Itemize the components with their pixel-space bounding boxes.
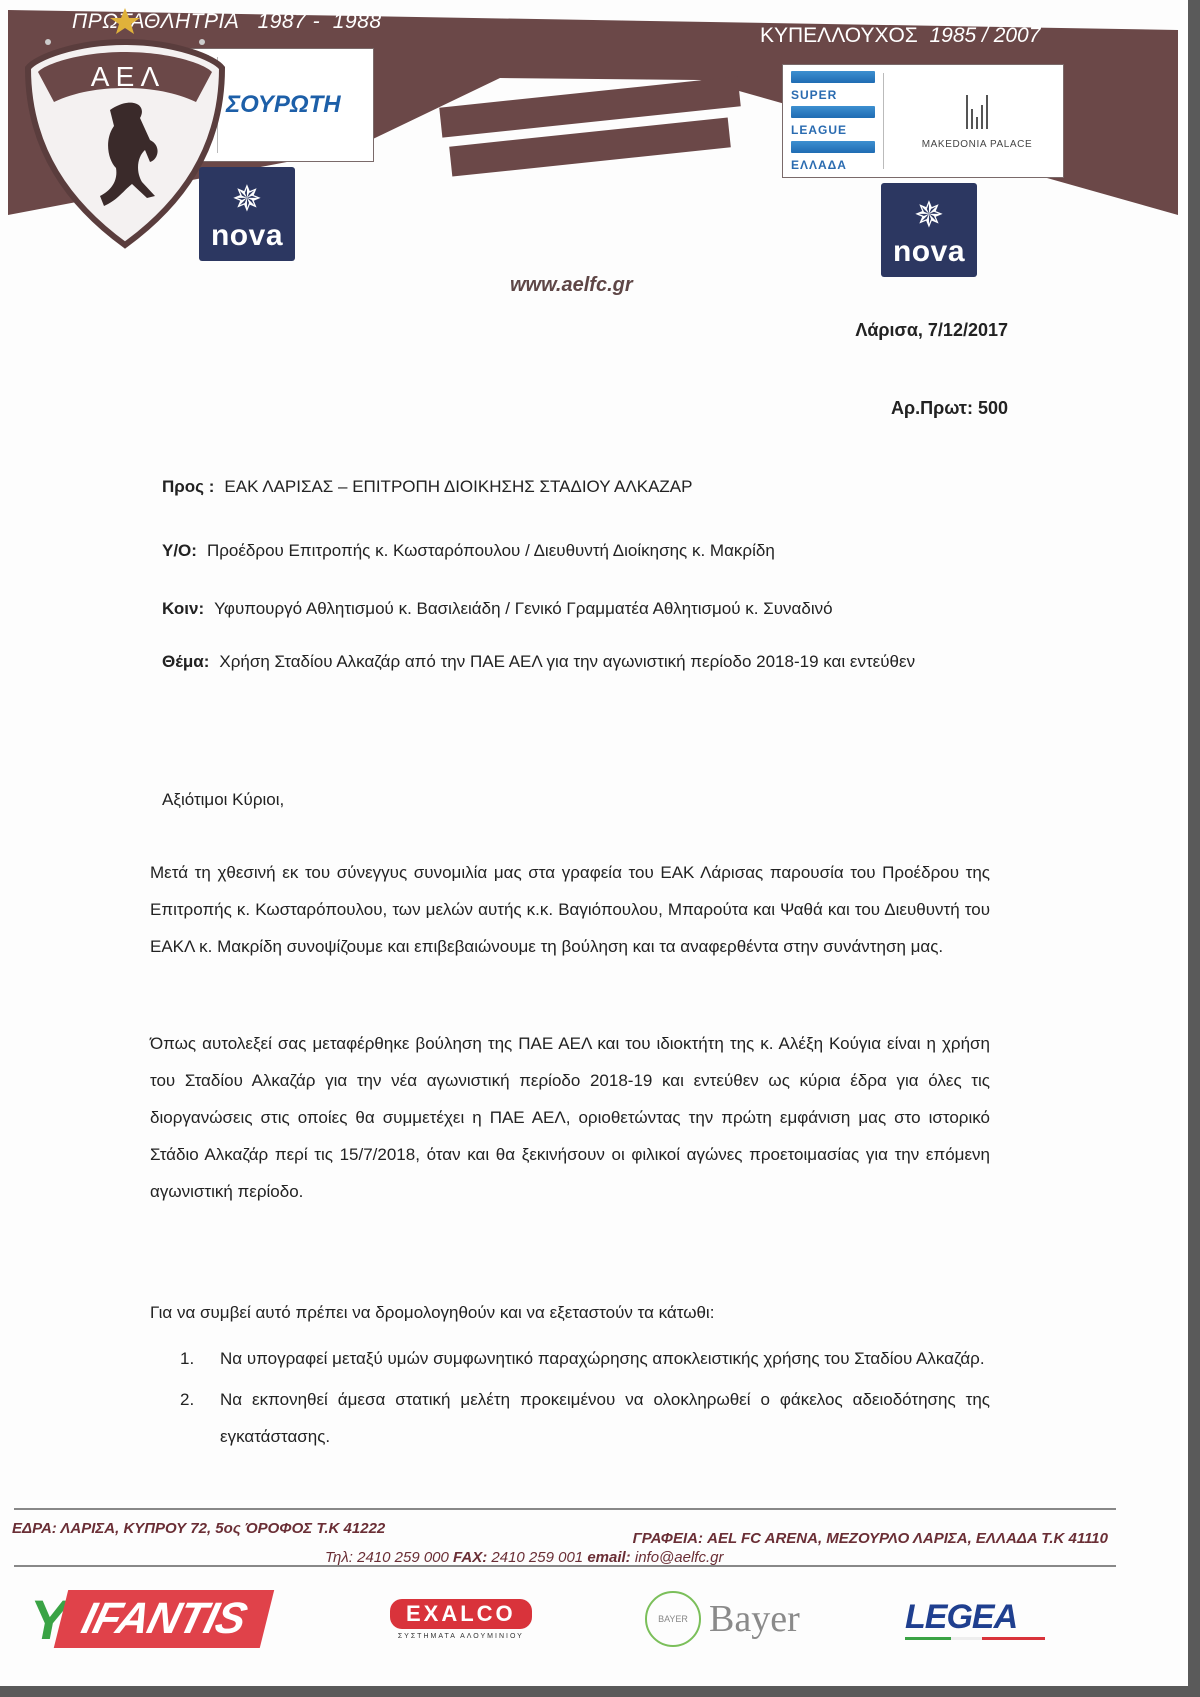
- ifantis-logo: Y IFANTIS: [30, 1583, 267, 1655]
- offices-address: ΓΡΑΦΕΙΑ: AEL FC ARENA, ΜΕΖΟΥΡΛΟ ΛΑΡΙΣΑ, …: [633, 1530, 1108, 1547]
- fax-number: 2410 259 001: [491, 1549, 583, 1566]
- letter-date: Λάρισα, 7/12/2017: [855, 320, 1008, 341]
- letter-page: ΠΡΩΤΑΘΛΗΤΡΙΑ 1987 - 1988 ΚΥΠΕΛΛΟΥΧΟΣ 198…: [0, 0, 1188, 1686]
- contact-line: Τηλ: 2410 259 000 FAX: 2410 259 001 emai…: [325, 1549, 723, 1566]
- paragraph: Για να συμβεί αυτό πρέπει να δρομολογηθο…: [150, 1294, 990, 1331]
- bayer-cross-icon: BAYER: [645, 1591, 701, 1647]
- email-link[interactable]: info@aelfc.gr: [635, 1549, 724, 1566]
- super-league-logo: SUPER LEAGUE ΕΛΛΑΔΑ: [791, 71, 875, 171]
- phone-number: 2410 259 000: [357, 1549, 449, 1566]
- seat-address: ΕΔΡΑ: ΛΑΡΙΣΑ, ΚΥΠΡΟΥ 72, 5ος ΌΡΟΦΟΣ Τ.Κ …: [12, 1520, 385, 1537]
- list-item: 1. Να υπογραφεί μεταξύ υμών συμφωνητικό …: [180, 1340, 990, 1377]
- salutation: Αξιότιμοι Κύριοι,: [162, 790, 284, 810]
- subject-line: Θέμα:Χρήση Σταδίου Αλκαζάρ από την ΠΑΕ Α…: [162, 640, 992, 684]
- paragraph: Όπως αυτολεξεί σας μεταφέρθηκε βούληση τ…: [150, 1025, 990, 1210]
- cup-caption: ΚΥΠΕΛΛΟΥΧΟΣ 1985 / 2007: [760, 24, 1040, 48]
- tricolor-stripe: [905, 1637, 1045, 1640]
- makedonia-palace-icon: [966, 93, 988, 129]
- exalco-logo: EXALCO ΣΥΣΤΗΜΑΤΑ ΑΛΟΥΜΙΝΙΟΥ: [390, 1583, 532, 1655]
- svg-text:Α Ε Λ: Α Ε Λ: [91, 61, 160, 92]
- numbered-list: 1. Να υπογραφεί μεταξύ υμών συμφωνητικό …: [180, 1340, 990, 1459]
- legea-logo: LEGEA: [905, 1583, 1045, 1655]
- list-item: 2. Να εκπονηθεί άμεσα στατική μελέτη προ…: [180, 1381, 990, 1455]
- protocol-number: Αρ.Πρωτ: 500: [891, 398, 1008, 419]
- nova-logo-right: ✵ nova: [881, 183, 977, 277]
- letterhead-band: ΠΡΩΤΑΘΛΗΤΡΙΑ 1987 - 1988 ΚΥΠΕΛΛΟΥΧΟΣ 198…: [0, 0, 1188, 260]
- nova-star-icon: ✵: [914, 197, 944, 233]
- paragraph: Μετά τη χθεσινή εκ του σύνεγγυς συνομιλί…: [150, 854, 990, 965]
- ael-crest-icon: Α Ε Λ: [0, 0, 250, 260]
- footer-divider: [14, 1508, 1116, 1510]
- recipient-line: Προς :ΕΑΚ ΛΑΡΙΣΑΣ – ΕΠΙΤΡΟΠΗ ΔΙΟΙΚΗΣΗΣ Σ…: [162, 466, 992, 508]
- league-sponsor-box-right: SUPER LEAGUE ΕΛΛΑΔΑ MAKEDONIA PALACE: [782, 64, 1064, 178]
- cc-line: Κοιν:Υφυπουργό Αθλητισμού κ. Βασιλειάδη …: [162, 588, 992, 630]
- bayer-logo: BAYER Bayer: [645, 1583, 800, 1655]
- attention-line: Υ/Ο:Προέδρου Επιτροπής κ. Κωσταρόπουλου …: [162, 530, 992, 572]
- footer-divider: [14, 1565, 1116, 1567]
- website-link[interactable]: www.aelfc.gr: [510, 274, 633, 297]
- makedonia-palace-logo: MAKEDONIA PALACE: [892, 93, 1062, 150]
